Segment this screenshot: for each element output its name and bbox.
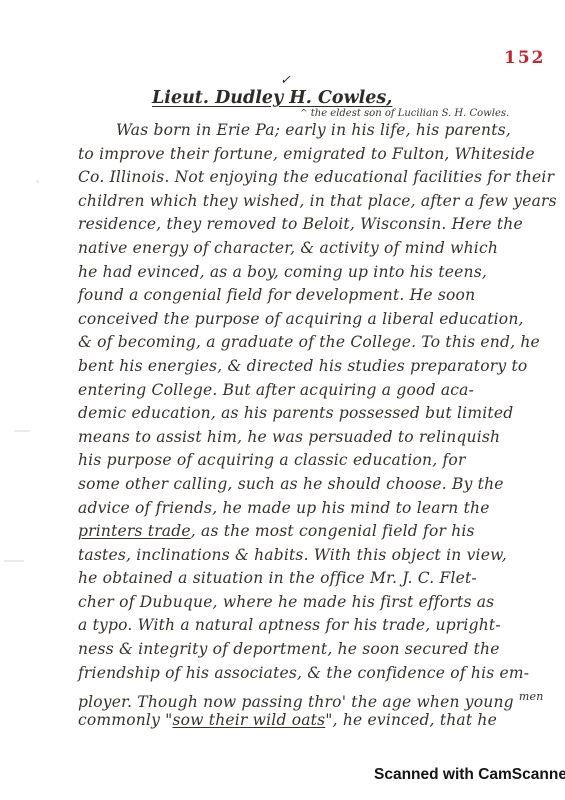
manuscript-text: Co. Illinois. Not enjoying the education… xyxy=(78,168,554,186)
manuscript-line: children which they wished, in that plac… xyxy=(78,190,565,214)
manuscript-line: means to assist him, he was persuaded to… xyxy=(78,426,565,450)
manuscript-line: ployer. Though now passing thro' the age… xyxy=(78,685,565,709)
manuscript-text: entering College. But after acquiring a … xyxy=(78,381,474,399)
manuscript-line: his purpose of acquiring a classic educa… xyxy=(78,449,565,473)
manuscript-line: found a congenial field for development.… xyxy=(78,284,565,308)
manuscript-title-row: ✓ Lieut. Dudley H. Cowles, xyxy=(152,88,392,108)
scan-speck xyxy=(36,180,39,183)
page-number: 152 xyxy=(504,48,546,68)
manuscript-line: friendship of his associates, & the conf… xyxy=(78,662,565,686)
scan-speck xyxy=(4,560,24,562)
manuscript-text: conceived the purpose of acquiring a lib… xyxy=(78,310,524,328)
manuscript-text: , as the most congenial field for his xyxy=(191,522,475,540)
manuscript-text: demic education, as his parents possesse… xyxy=(78,404,513,422)
manuscript-line: & of becoming, a graduate of the College… xyxy=(78,331,565,355)
manuscript-text: he obtained a situation in the office Mr… xyxy=(78,569,477,587)
camscanner-watermark: Scanned with CamScanner xyxy=(374,766,565,784)
manuscript-text: residence, they removed to Beloit, Wisco… xyxy=(78,215,523,233)
manuscript-line: entering College. But after acquiring a … xyxy=(78,379,565,403)
interlinear-insertion-text: the eldest son of Lucilian S. H. Cowles. xyxy=(311,108,509,119)
manuscript-line: ness & integrity of deportment, he soon … xyxy=(78,638,565,662)
manuscript-text: he had evinced, as a boy, coming up into… xyxy=(78,263,487,281)
scanned-page: 152 ✓ Lieut. Dudley H. Cowles, ^ the eld… xyxy=(0,0,565,800)
manuscript-line: Was born in Erie Pa; early in his life, … xyxy=(78,119,565,143)
manuscript-text: men xyxy=(519,690,544,703)
manuscript-line: advice of friends, he made up his mind t… xyxy=(78,497,565,521)
manuscript-text: some other calling, such as he should ch… xyxy=(78,475,504,493)
caret-mark: ^ xyxy=(300,109,308,119)
manuscript-line: some other calling, such as he should ch… xyxy=(78,473,565,497)
underlined-phrase: printers trade xyxy=(78,522,191,540)
manuscript-line: residence, they removed to Beloit, Wisco… xyxy=(78,213,565,237)
manuscript-text: native energy of character, & activity o… xyxy=(78,239,498,257)
manuscript-title: Lieut. Dudley H. Cowles, xyxy=(152,88,392,108)
scan-speck xyxy=(14,430,30,432)
manuscript-line: he had evinced, as a boy, coming up into… xyxy=(78,261,565,285)
manuscript-text: tastes, inclinations & habits. With this… xyxy=(78,546,507,564)
manuscript-text: advice of friends, he made up his mind t… xyxy=(78,499,490,517)
manuscript-text: children which they wished, in that plac… xyxy=(78,192,557,210)
manuscript-text: ness & integrity of deportment, he soon … xyxy=(78,640,500,658)
manuscript-line: a typo. With a natural aptness for his t… xyxy=(78,614,565,638)
manuscript-line: cher of Dubuque, where he made his first… xyxy=(78,591,565,615)
manuscript-text: a typo. With a natural aptness for his t… xyxy=(78,616,501,634)
manuscript-text: to improve their fortune, emigrated to F… xyxy=(78,145,535,163)
manuscript-text: his purpose of acquiring a classic educa… xyxy=(78,451,466,469)
manuscript-line: commonly "sow their wild oats", he evinc… xyxy=(78,709,565,733)
interlinear-insertion: ^ the eldest son of Lucilian S. H. Cowle… xyxy=(300,108,509,119)
manuscript-text: found a congenial field for development.… xyxy=(78,286,475,304)
manuscript-line: bent his energies, & directed his studie… xyxy=(78,355,565,379)
manuscript-line: to improve their fortune, emigrated to F… xyxy=(78,143,565,167)
manuscript-text: & of becoming, a graduate of the College… xyxy=(78,333,540,351)
manuscript-line: Co. Illinois. Not enjoying the education… xyxy=(78,166,565,190)
manuscript-text: friendship of his associates, & the conf… xyxy=(78,664,529,682)
manuscript-line: tastes, inclinations & habits. With this… xyxy=(78,544,565,568)
manuscript-text: cher of Dubuque, where he made his first… xyxy=(78,593,494,611)
manuscript-line: he obtained a situation in the office Mr… xyxy=(78,567,565,591)
manuscript-line: demic education, as his parents possesse… xyxy=(78,402,565,426)
manuscript-text: Was born in Erie Pa; early in his life, … xyxy=(116,121,511,139)
checkmark-annotation: ✓ xyxy=(280,73,291,88)
manuscript-text: ", he evinced, that he xyxy=(325,711,497,729)
manuscript-text: commonly " xyxy=(78,711,173,729)
manuscript-text: means to assist him, he was persuaded to… xyxy=(78,428,500,446)
manuscript-line: printers trade, as the most congenial fi… xyxy=(78,520,565,544)
manuscript-body: Was born in Erie Pa; early in his life, … xyxy=(78,119,565,732)
manuscript-text: bent his energies, & directed his studie… xyxy=(78,357,527,375)
manuscript-line: native energy of character, & activity o… xyxy=(78,237,565,261)
manuscript-line: conceived the purpose of acquiring a lib… xyxy=(78,308,565,332)
underlined-phrase: sow their wild oats xyxy=(173,711,326,729)
